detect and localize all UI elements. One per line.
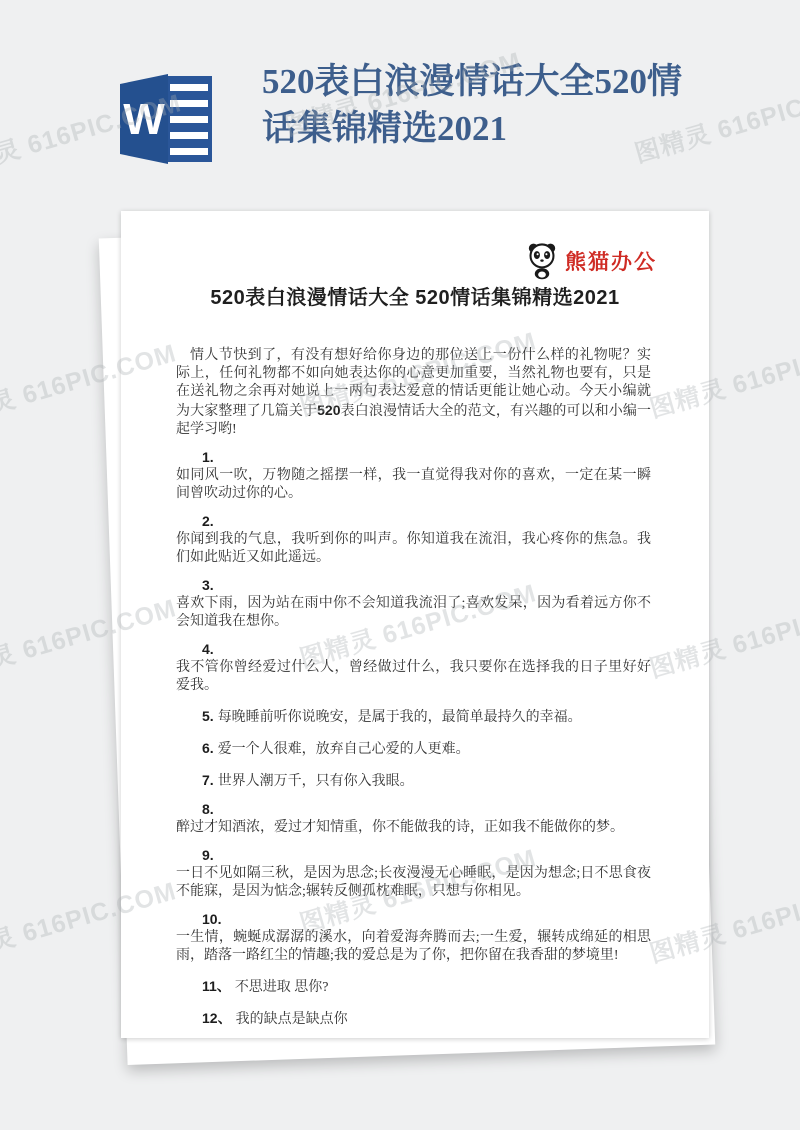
item-text: 喜欢下雨，因为站在雨中你不会知道我流泪了;喜欢发呆，因为看着远方你不会知道我在想… xyxy=(176,595,651,631)
list-item: 3.喜欢下雨，因为站在雨中你不会知道我流泪了;喜欢发呆，因为看着远方你不会知道我… xyxy=(176,576,651,631)
item-number: 6. xyxy=(202,740,214,756)
item-number: 5. xyxy=(202,708,214,724)
item-text: 一日不见如隔三秋，是因为思念;长夜漫漫无心睡眠，是因为想念;日不思食夜不能寐，是… xyxy=(176,865,651,901)
brand-name: 熊猫办公 xyxy=(565,246,657,276)
item-text: 你闻到我的气息，我听到你的叫声。你知道我在流泪，我心疼你的焦急。我们如此贴近又如… xyxy=(176,531,651,567)
list-item: 4.我不管你曾经爱过什么人，曾经做过什么，我只要你在选择我的日子里好好爱我。 xyxy=(176,640,651,695)
list-item: 5.每晚睡前听你说晚安，是属于我的，最简单最持久的幸福。 xyxy=(176,707,651,727)
item-text: 每晚睡前听你说晚安，是属于我的，最简单最持久的幸福。 xyxy=(218,710,582,725)
list-item: 2.你闻到我的气息，我听到你的叫声。你知道我在流泪，我心疼你的焦急。我们如此贴近… xyxy=(176,512,651,567)
item-text: 一生情，蜿蜒成潺潺的溪水，向着爱海奔腾而去;一生爱，辗转成绵延的相思雨，踏落一路… xyxy=(176,929,651,965)
svg-text:W: W xyxy=(123,95,165,144)
item-text: 我不管你曾经爱过什么人，曾经做过什么，我只要你在选择我的日子里好好爱我。 xyxy=(176,659,651,695)
item-number: 9. xyxy=(176,846,651,864)
list-item: 6.爱一个人很难，放弃自己心爱的人更难。 xyxy=(176,739,651,759)
item-number: 3. xyxy=(176,576,651,594)
item-text: 如同风一吹，万物随之摇摆一样，我一直觉得我对你的喜欢，一定在某一瞬间曾吹动过你的… xyxy=(176,467,651,503)
intro-bold-number: 520 xyxy=(317,402,340,418)
word-file-icon: W xyxy=(112,70,216,168)
list-item: 9.一日不见如隔三秋，是因为思念;长夜漫漫无心睡眠，是因为想念;日不思食夜不能寐… xyxy=(176,846,651,901)
document-page: 熊猫办公 520表白浪漫情话大全 520情话集锦精选2021 情人节快到了，有没… xyxy=(121,211,709,1038)
list-item: 1.如同风一吹，万物随之摇摆一样，我一直觉得我对你的喜欢，一定在某一瞬间曾吹动过… xyxy=(176,448,651,503)
item-number: 4. xyxy=(176,640,651,658)
item-number: 12、 xyxy=(202,1010,232,1026)
document-heading: 520表白浪漫情话大全 520情话集锦精选2021 xyxy=(157,285,673,311)
item-number: 10. xyxy=(176,910,651,928)
intro-paragraph: 情人节快到了，有没有想好给你身边的那位送上一份什么样的礼物呢？实际上，任何礼物都… xyxy=(176,347,651,439)
list-item: 11、不思进取 思你? xyxy=(176,977,651,997)
list-item: 12、我的缺点是缺点你 xyxy=(176,1009,651,1029)
document-body: 情人节快到了，有没有想好给你身边的那位送上一份什么样的礼物呢？实际上，任何礼物都… xyxy=(176,347,651,1029)
item-text: 不思进取 思你? xyxy=(235,980,329,995)
quotes-list: 1.如同风一吹，万物随之摇摆一样，我一直觉得我对你的喜欢，一定在某一瞬间曾吹动过… xyxy=(176,448,651,1029)
list-item: 10.一生情，蜿蜒成潺潺的溪水，向着爱海奔腾而去;一生爱，辗转成绵延的相思雨，踏… xyxy=(176,910,651,965)
item-text: 我的缺点是缺点你 xyxy=(236,1012,348,1027)
list-item: 7.世界人潮万千，只有你入我眼。 xyxy=(176,771,651,791)
brand-logo: 熊猫办公 xyxy=(525,241,657,281)
list-item: 8.醉过才知酒浓，爱过才知情重，你不能做我的诗，正如我不能做你的梦。 xyxy=(176,800,651,837)
item-number: 2. xyxy=(176,512,651,530)
item-number: 1. xyxy=(176,448,651,466)
page-title: 520表白浪漫情话大全520情话集锦精选2021 xyxy=(262,58,704,152)
word-icon-graphic: W xyxy=(112,70,216,168)
preview-page: W 520表白浪漫情话大全520情话集锦精选2021 熊猫办公 520表白浪漫情… xyxy=(0,0,800,1130)
item-number: 7. xyxy=(202,772,214,788)
item-text: 醉过才知酒浓，爱过才知情重，你不能做我的诗，正如我不能做你的梦。 xyxy=(176,819,651,837)
panda-icon xyxy=(525,241,559,281)
item-text: 爱一个人很难，放弃自己心爱的人更难。 xyxy=(218,742,470,757)
item-number: 8. xyxy=(176,800,651,818)
item-text: 世界人潮万千，只有你入我眼。 xyxy=(218,774,414,789)
item-number: 11、 xyxy=(202,978,231,994)
